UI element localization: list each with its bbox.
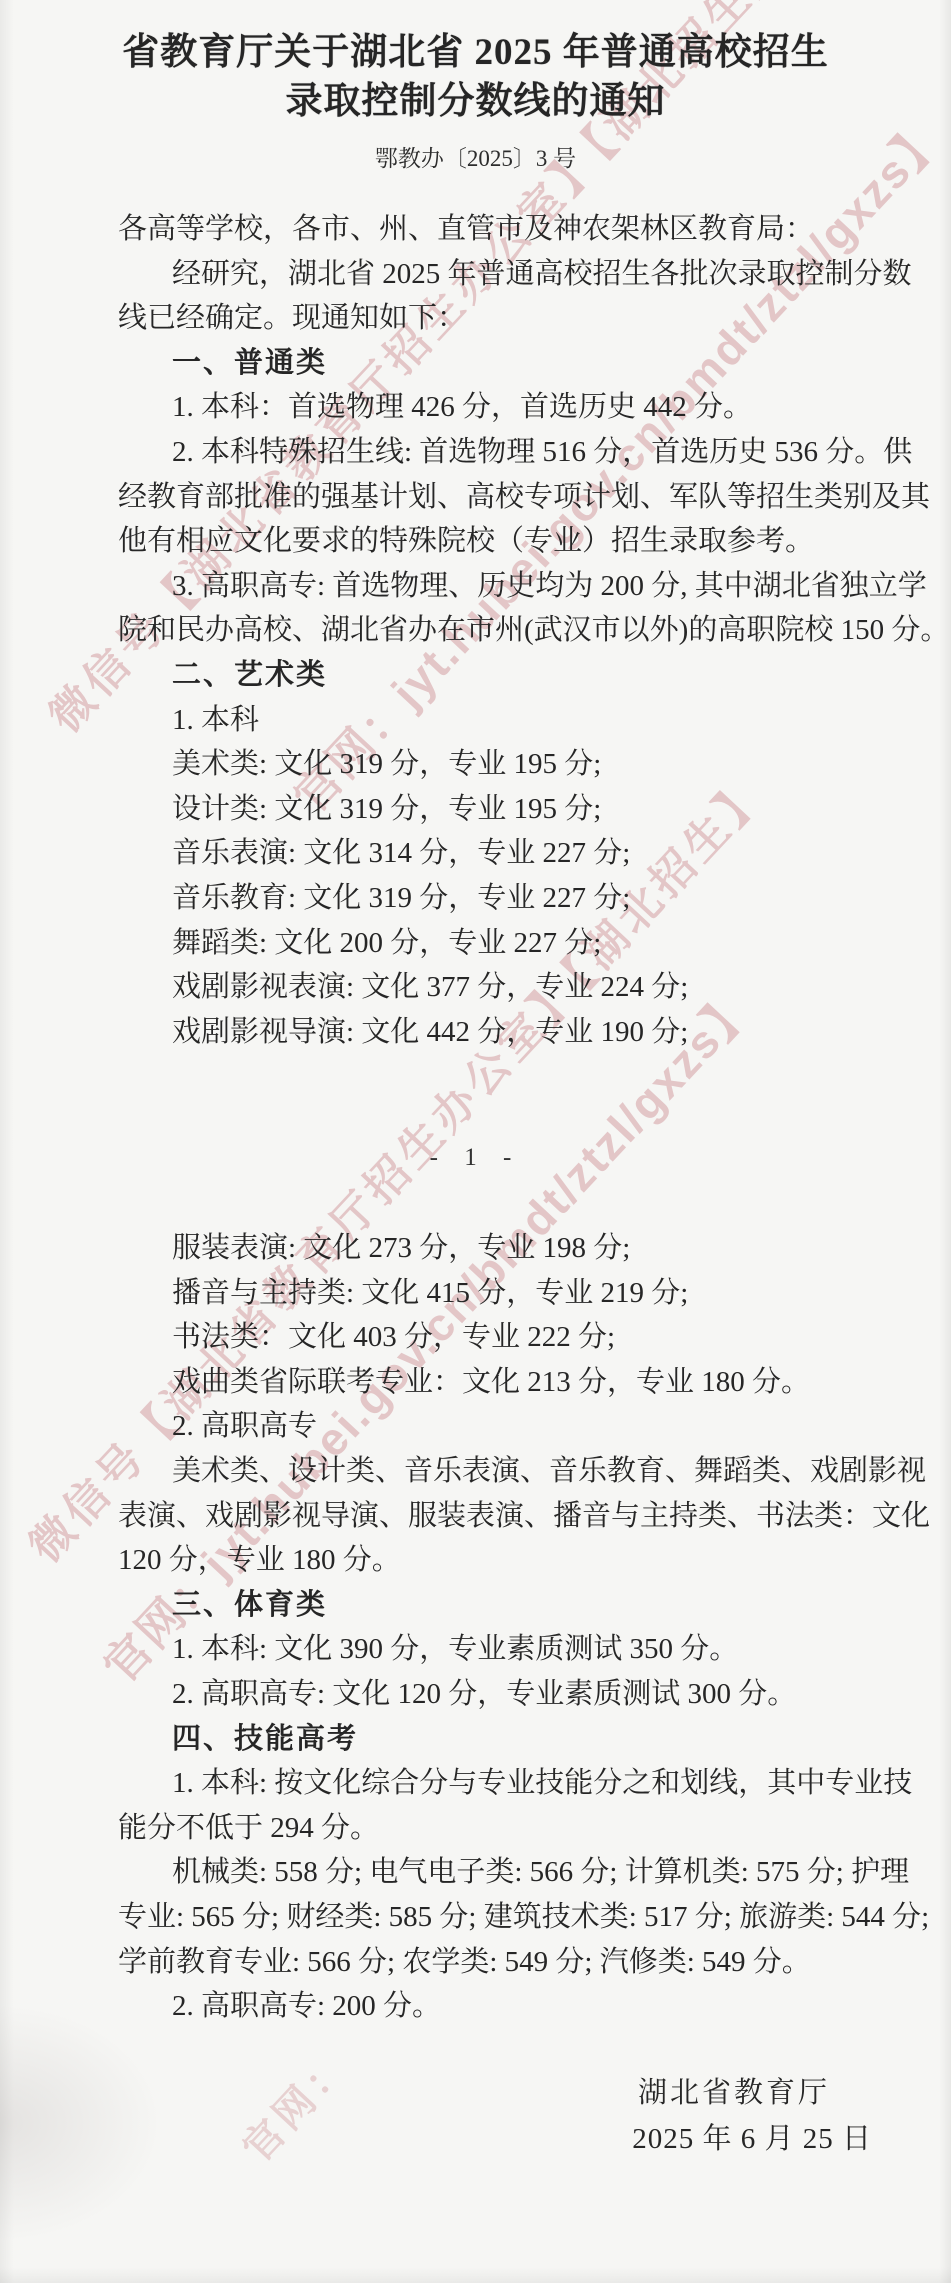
text-line: 戏剧影视表演: 文化 377 分，专业 224 分; <box>118 965 895 1010</box>
page-number-marker: - 1 - <box>0 1144 951 1172</box>
text-line: 专业: 565 分; 财经类: 585 分; 建筑技术类: 517 分; 旅游类… <box>118 1895 895 1940</box>
issuing-authority: 湖北省教育厅 <box>638 2070 830 2111</box>
text-line: 美术类: 文化 319 分，专业 195 分; <box>118 742 895 787</box>
text-line: 美术类、设计类、音乐表演、音乐教育、舞蹈类、戏剧影视 <box>118 1449 895 1494</box>
text-line: 音乐教育: 文化 319 分，专业 227 分; <box>118 876 895 921</box>
text-line: 120 分，专业 180 分。 <box>118 1538 895 1583</box>
text-line: 经研究，湖北省 2025 年普通高校招生各批次录取控制分数 <box>118 252 895 297</box>
text-line: 1. 本科：首选物理 426 分，首选历史 442 分。 <box>118 385 895 430</box>
watermark-fragment: 官网： <box>227 2035 361 2173</box>
text-line: 2. 高职高专 <box>118 1404 895 1449</box>
text-line: 1. 本科 <box>118 698 895 743</box>
document-title-line1: 省教育厅关于湖北省 2025 年普通高校招生 <box>0 28 951 77</box>
section-heading: 四、技能高考 <box>118 1717 895 1762</box>
text-line: 音乐表演: 文化 314 分，专业 227 分; <box>118 831 895 876</box>
text-line: 播音与主持类: 文化 415 分，专业 219 分; <box>118 1271 895 1316</box>
text-line: 1. 本科: 文化 390 分，专业素质测试 350 分。 <box>118 1627 895 1672</box>
text-line: 院和民办高校、湖北省办在市州(武汉市以外)的高职院校 150 分。 <box>118 608 895 653</box>
text-line: 设计类: 文化 319 分，专业 195 分; <box>118 787 895 832</box>
document-number: 鄂教办〔2025〕3 号 <box>0 140 951 173</box>
text-line: 舞蹈类: 文化 200 分，专业 227 分; <box>118 921 895 966</box>
document-page: 微信号【湖北省教育厅招生办公室】【湖北招生】 官网：jyt.hubei.gov.… <box>0 0 951 2283</box>
text-line: 能分不低于 294 分。 <box>118 1806 895 1851</box>
text-line: 3. 高职高专: 首选物理、历史均为 200 分, 其中湖北省独立学 <box>118 564 895 609</box>
page1-body: 各高等学校，各市、州、直管市及神农架林区教育局：经研究，湖北省 2025 年普通… <box>118 207 895 1054</box>
document-title-line2: 录取控制分数线的通知 <box>0 77 951 126</box>
text-line: 线已经确定。现通知如下： <box>118 296 895 341</box>
text-line: 机械类: 558 分; 电气电子类: 566 分; 计算机类: 575 分; 护… <box>118 1850 895 1895</box>
text-line: 戏剧影视导演: 文化 442 分，专业 190 分; <box>118 1010 895 1055</box>
section-heading: 一、普通类 <box>118 341 895 386</box>
text-line: 1. 本科: 按文化综合分与专业技能分之和划线，其中专业技 <box>118 1761 895 1806</box>
text-line: 2. 高职高专: 文化 120 分，专业素质测试 300 分。 <box>118 1672 895 1717</box>
text-line: 戏曲类省际联考专业：文化 213 分，专业 180 分。 <box>118 1360 895 1405</box>
text-line: 表演、戏剧影视导演、服装表演、播音与主持类、书法类：文化 <box>118 1494 895 1539</box>
section-heading: 三、体育类 <box>118 1583 895 1628</box>
text-line: 书法类：文化 403 分，专业 222 分; <box>118 1315 895 1360</box>
text-line: 学前教育专业: 566 分; 农学类: 549 分; 汽修类: 549 分。 <box>118 1940 895 1985</box>
text-line: 2. 本科特殊招生线: 首选物理 516 分，首选历史 536 分。供 <box>118 430 895 475</box>
issue-date: 2025 年 6 月 25 日 <box>632 2116 872 2157</box>
text-line: 各高等学校，各市、州、直管市及神农架林区教育局： <box>118 207 895 252</box>
page2-body: 服装表演: 文化 273 分，专业 198 分;播音与主持类: 文化 415 分… <box>118 1226 895 2029</box>
text-line: 服装表演: 文化 273 分，专业 198 分; <box>118 1226 895 1271</box>
text-line: 2. 高职高专: 200 分。 <box>118 1984 895 2029</box>
text-line: 经教育部批准的强基计划、高校专项计划、军队等招生类别及其 <box>118 475 895 520</box>
text-line: 他有相应文化要求的特殊院校（专业）招生录取参考。 <box>118 519 895 564</box>
section-heading: 二、艺术类 <box>118 653 895 698</box>
document-title: 省教育厅关于湖北省 2025 年普通高校招生 录取控制分数线的通知 <box>0 28 951 126</box>
